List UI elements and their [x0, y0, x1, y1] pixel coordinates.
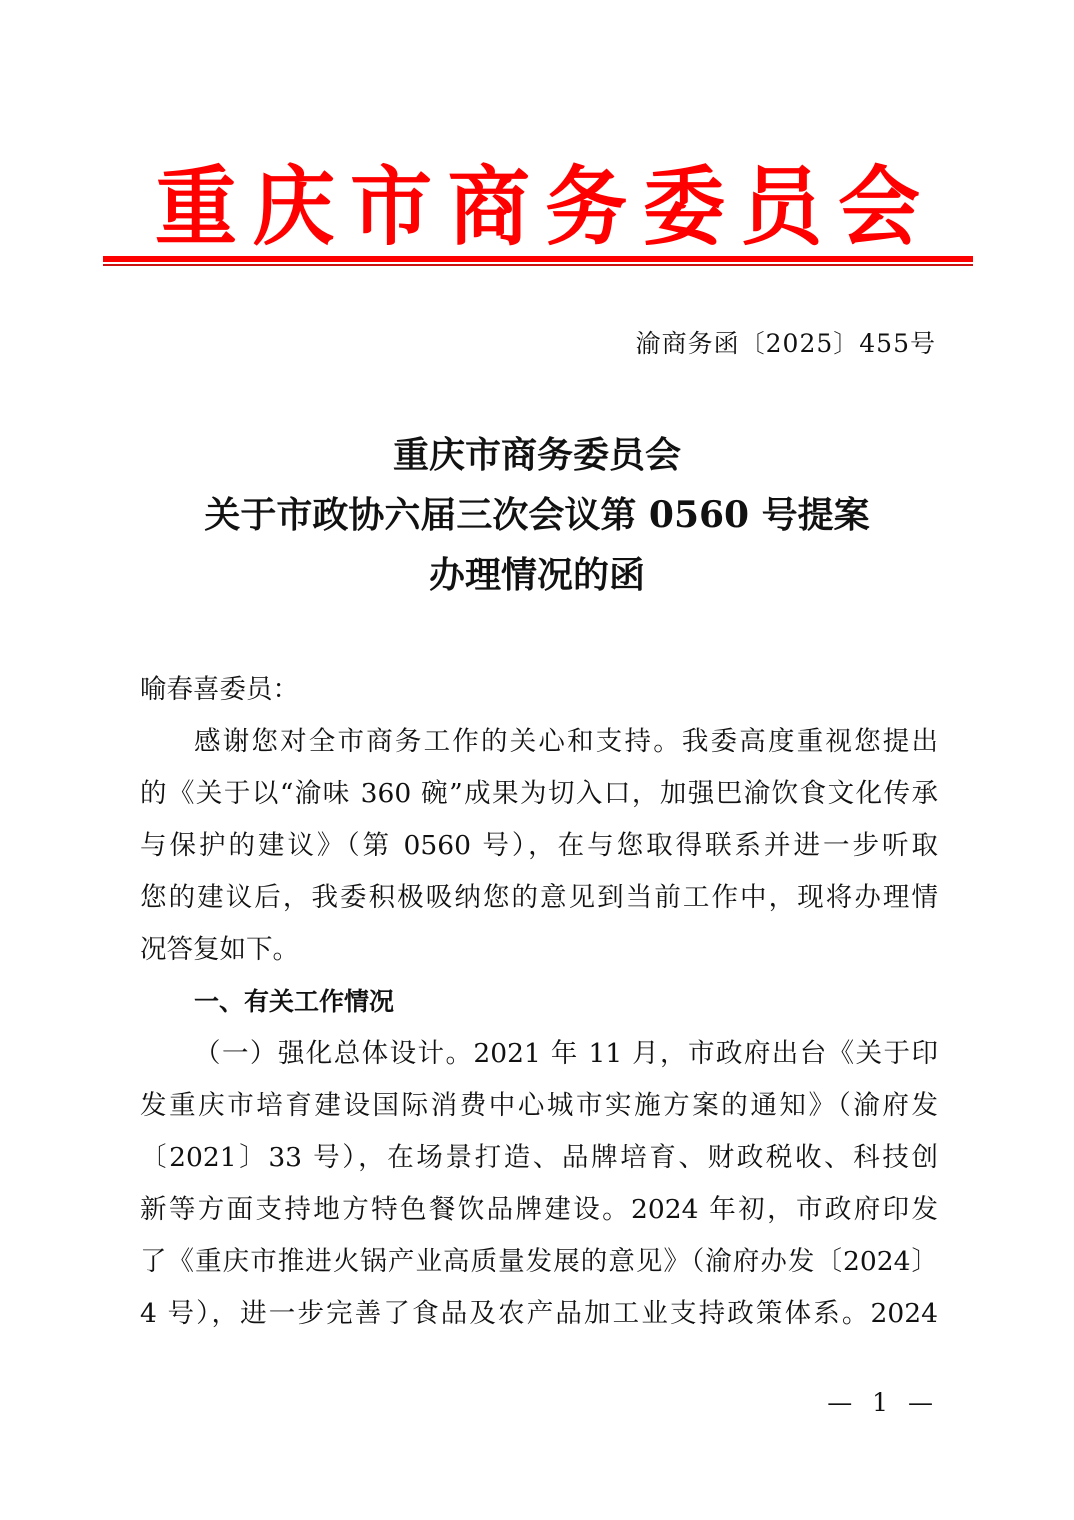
body-line: 与保护的建议》（第 0560 号），在与您取得联系并进一步听取	[140, 820, 938, 872]
title-line: 办理情况的函	[0, 545, 1074, 605]
title-line: 重庆市商务委员会	[0, 425, 1074, 485]
masthead-char: 市	[350, 139, 432, 262]
masthead-title: 重 庆 市 商 务 委 员 会	[100, 150, 975, 250]
red-header-rule-thick	[103, 256, 973, 262]
document-body: 喻春喜委员： 感谢您对全市商务工作的关心和支持。我委高度重视您提出 的《关于以“…	[140, 664, 938, 1340]
salutation: 喻春喜委员：	[140, 664, 938, 716]
section-line: 新等方面支持地方特色餐饮品牌建设。2024 年初，市政府印发	[140, 1184, 938, 1236]
masthead-char: 员	[740, 139, 822, 262]
red-header-rule-thin	[103, 264, 973, 266]
page-number: — 1 —	[827, 1388, 939, 1417]
body-line: 的《关于以“渝味 360 碗”成果为切入口，加强巴渝饮食文化传承	[140, 768, 938, 820]
title-line: 关于市政协六届三次会议第 0560 号提案	[0, 485, 1074, 545]
section-line: 了《重庆市推进火锅产业高质量发展的意见》（渝府办发〔2024〕	[140, 1236, 938, 1288]
masthead-char: 会	[838, 139, 920, 262]
masthead-char: 庆	[253, 139, 335, 262]
section-heading: 一、有关工作情况	[140, 976, 938, 1028]
section-line: 〔2021〕33 号），在场景打造、品牌培育、财政税收、科技创	[140, 1132, 938, 1184]
document-title: 重庆市商务委员会 关于市政协六届三次会议第 0560 号提案 办理情况的函	[0, 425, 1074, 605]
document-page: 重 庆 市 商 务 委 员 会 渝商务函〔2025〕455号 重庆市商务委员会 …	[0, 0, 1074, 1520]
body-line: 您的建议后，我委积极吸纳您的意见到当前工作中，现将办理情	[140, 872, 938, 924]
document-number: 渝商务函〔2025〕455号	[636, 324, 936, 360]
masthead-char: 重	[155, 139, 237, 262]
body-line: 感谢您对全市商务工作的关心和支持。我委高度重视您提出	[140, 716, 938, 768]
section-line: （一）强化总体设计。2021 年 11 月，市政府出台《关于印	[140, 1028, 938, 1080]
body-line: 况答复如下。	[140, 924, 938, 976]
section-line: 4 号），进一步完善了食品及农产品加工业支持政策体系。2024	[140, 1288, 938, 1340]
masthead-char: 务	[545, 139, 627, 262]
masthead-char: 商	[448, 139, 530, 262]
masthead-char: 委	[643, 139, 725, 262]
section-line: 发重庆市培育建设国际消费中心城市实施方案的通知》（渝府发	[140, 1080, 938, 1132]
